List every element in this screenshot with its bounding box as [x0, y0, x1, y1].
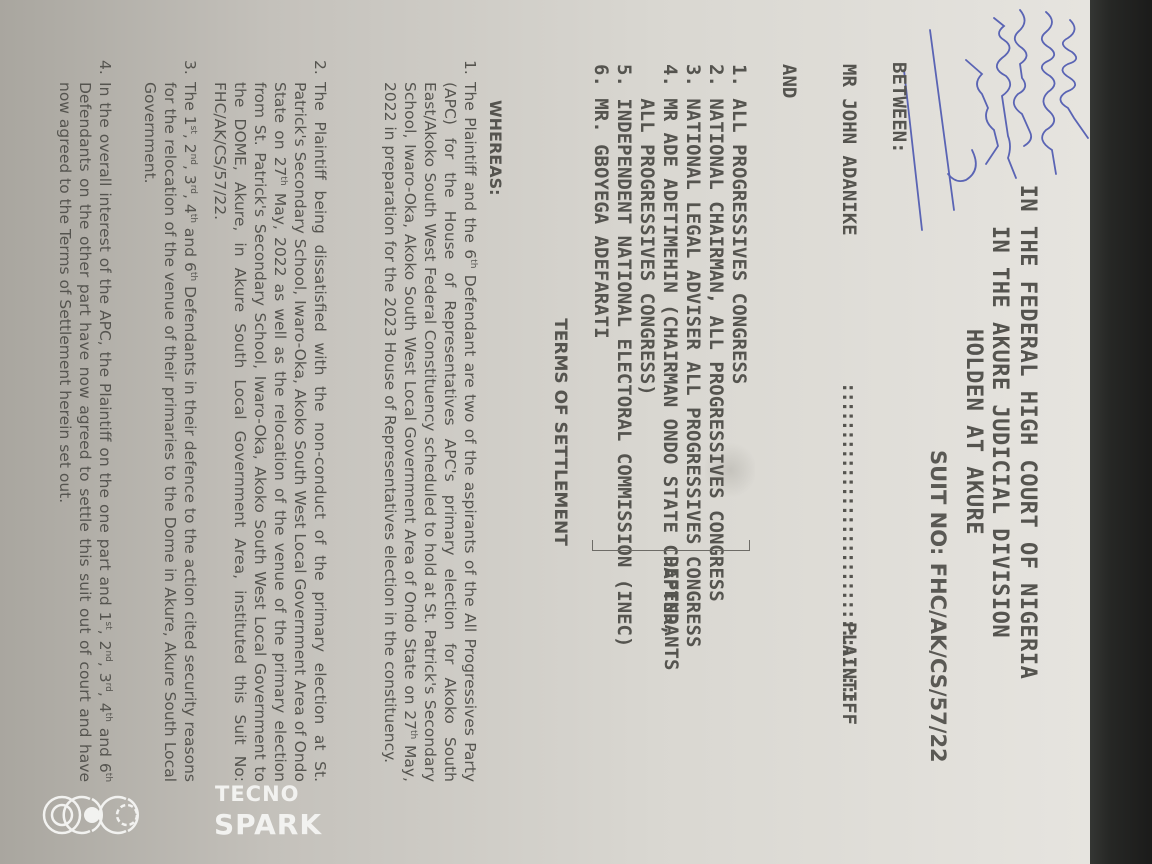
- watermark-brand-line-1: TECNO: [215, 782, 300, 806]
- defendant-item: ALL PROGRESSIVES CONGRESS): [635, 64, 658, 647]
- and-label: AND: [778, 64, 800, 98]
- suit-number: SUIT NO: FHC/AK/CS/57/22: [926, 450, 950, 763]
- defendants-label: DEFENDANTS: [660, 556, 682, 670]
- plaintiff-name: MR JOHN ADANIKE: [838, 64, 860, 236]
- table-background: [1082, 0, 1152, 864]
- recital-paragraph-3: 3. The 1st, 2nd, 3rd, 4th and 6th Defend…: [140, 82, 200, 782]
- defendant-item: 2. NATIONAL CHAIRMAN, ALL PROGRESSIVES C…: [704, 64, 727, 647]
- paragraph-number: 4.: [95, 60, 115, 75]
- defendant-item: 1. ALL PROGRESSIVES CONGRESS: [727, 64, 750, 647]
- paragraph-text: In the overall interest of the APC, the …: [56, 82, 114, 782]
- watermark-brand-line-2: SPARK: [214, 808, 322, 841]
- paragraph-text: The 1st, 2nd, 3rd, 4th and 6th Defendant…: [141, 82, 199, 782]
- recital-paragraph-2: 2. The Plaintiff being dissatisfied with…: [210, 82, 330, 782]
- recital-paragraph-1: 1. The Plaintiff and the 6th Defendant a…: [380, 82, 480, 782]
- document-title: TERMS OF SETTLEMENT: [550, 0, 570, 864]
- paragraph-text: The Plaintiff and the 6th Defendant are …: [381, 82, 479, 782]
- court-header-line-2: IN THE AKURE JUDICIAL DIVISION: [987, 0, 1012, 864]
- triple-lens-camera-icon: [40, 790, 160, 840]
- court-header-line-1: IN THE FEDERAL HIGH COURT OF NIGERIA: [1015, 0, 1040, 864]
- paragraph-text: The Plaintiff being dissatisfied with th…: [211, 82, 329, 782]
- paragraph-number: 3.: [180, 60, 200, 75]
- defendant-item: 5. INDEPENDENT NATIONAL ELECTORAL COMMIS…: [612, 64, 635, 647]
- paragraph-number: 2.: [310, 60, 330, 75]
- defendant-item: 6. MR. GBOYEGA ADEFARATI: [589, 64, 612, 647]
- court-header-line-3: HOLDEN AT AKURE: [961, 0, 986, 864]
- between-label: BETWEEN:: [888, 62, 910, 154]
- plaintiff-label: PLAINTIFF: [838, 622, 860, 725]
- defendant-item: 3. NATIONAL LEGAL ADVISER ALL PROGRESSIV…: [681, 64, 704, 647]
- document-page: IN THE FEDERAL HIGH COURT OF NIGERIA IN …: [0, 0, 1090, 864]
- defendants-brace: [592, 540, 750, 551]
- camera-watermark: TECNO SPARK: [40, 780, 300, 850]
- whereas-label: WHEREAS:: [486, 100, 505, 196]
- paragraph-number: 1.: [460, 60, 480, 75]
- recital-paragraph-4: 4. In the overall interest of the APC, t…: [55, 82, 115, 782]
